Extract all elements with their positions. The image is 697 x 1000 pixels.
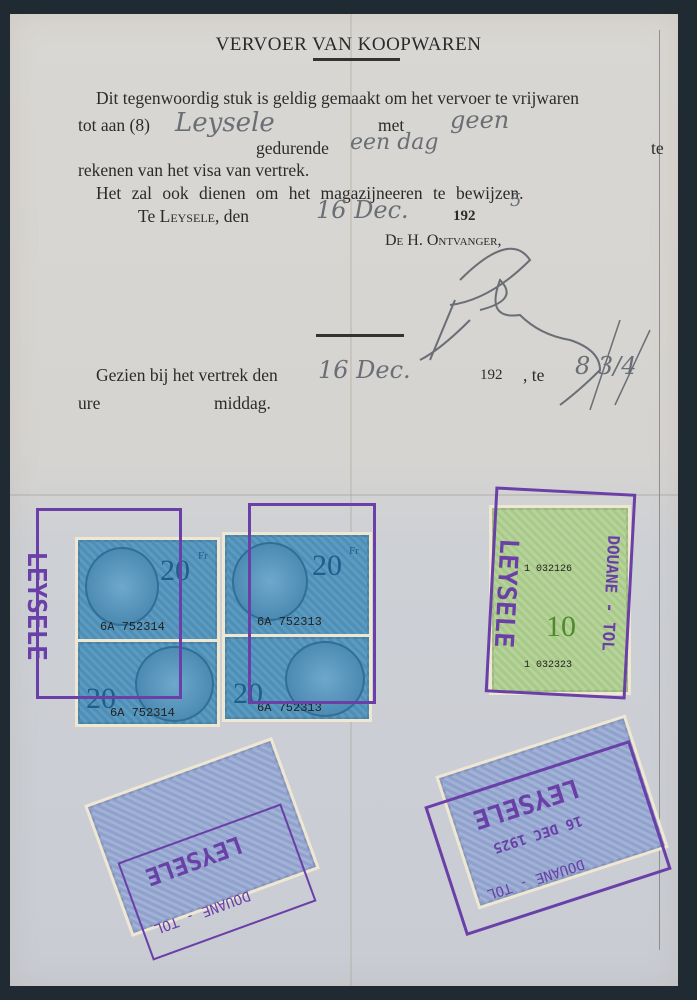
title-underline (313, 58, 400, 61)
place-name: Leysele, (160, 206, 220, 226)
ure-label: ure (78, 393, 100, 414)
place-den: den (224, 206, 249, 226)
place-line: Te Leysele, den (138, 206, 249, 227)
document-title: VERVOER VAN KOOPWAREN (0, 34, 697, 56)
middag-label: middag. (214, 393, 271, 414)
section-divider (316, 334, 404, 337)
cancel-stamp-middle (248, 503, 376, 704)
cancel-office: DOUANE - TOL (152, 887, 253, 937)
paragraph-2: Het zal ook dienen om het magazijneeren … (96, 183, 524, 204)
cancel-stamp-right: LEYSELE DOUANE - TOL (485, 486, 637, 699)
year-prefix: 192 (453, 208, 476, 225)
handwritten-duration: een dag (350, 130, 438, 155)
margin-rule (659, 30, 660, 950)
destination-label: tot aan (8) (78, 115, 150, 136)
place-prefix: Te (138, 206, 155, 226)
departure-te: , te (523, 365, 544, 386)
handwritten-with: geen (450, 106, 509, 134)
handwritten-date: 16 Dec. (316, 196, 409, 224)
cancel-stamp-left: LEYSELE (36, 508, 182, 699)
departure-label: Gezien bij het vertrek den (96, 365, 278, 386)
handwritten-destination: Leysele (175, 108, 275, 138)
handwritten-year: 5 (510, 190, 521, 211)
handwritten-departure-date: 16 Dec. (318, 356, 411, 384)
handwritten-departure-time: 8 3/4 (575, 352, 637, 380)
cancel-office: DOUANE - TOL (598, 535, 623, 651)
stamp-serial: 6A 752314 (110, 706, 175, 720)
cancel-place: LEYSELE (21, 551, 51, 661)
cancel-place: LEYSELE (488, 538, 524, 649)
paragraph-1-line-4: rekenen van het visa van vertrek. (78, 160, 309, 181)
cancel-office: DOUANE - TOL (485, 856, 586, 902)
stamp-unit: Fr (198, 550, 208, 562)
te-label: te (651, 138, 664, 159)
departure-year: 192 (480, 367, 503, 384)
duration-label: gedurende (256, 138, 329, 159)
